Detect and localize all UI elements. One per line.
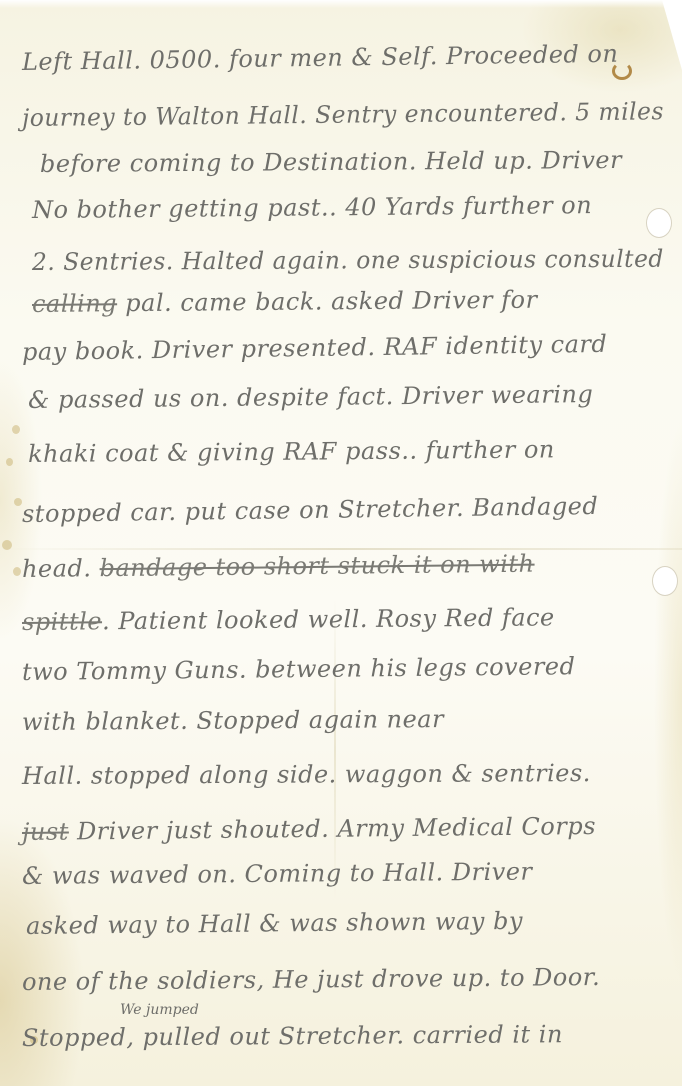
text-segment: 2. Sentries. Halted again. one suspiciou… bbox=[32, 245, 664, 276]
text-line: khaki coat & giving RAF pass.. further o… bbox=[28, 435, 555, 468]
text-line: & passed us on. despite fact. Driver wea… bbox=[28, 380, 594, 414]
text-segment: khaki coat & giving RAF pass.. further o… bbox=[28, 435, 555, 468]
text-segment: Stopped, pulled out Stretcher. carried i… bbox=[22, 1020, 563, 1052]
text-line: just Driver just shouted. Army Medical C… bbox=[22, 812, 596, 846]
text-segment: & was waved on. Coming to Hall. Driver bbox=[22, 858, 533, 890]
struck-text: just bbox=[22, 818, 69, 846]
text-segment: Driver just shouted. Army Medical Corps bbox=[69, 812, 596, 846]
text-line: stopped car. put case on Stretcher. Band… bbox=[22, 492, 599, 528]
text-line: 2. Sentries. Halted again. one suspiciou… bbox=[32, 245, 664, 276]
text-segment: . Patient looked well. Rosy Red face bbox=[102, 603, 555, 635]
text-segment: head. bbox=[22, 554, 100, 583]
text-segment: Hall. stopped along side. waggon & sentr… bbox=[22, 759, 591, 790]
text-line: Hall. stopped along side. waggon & sentr… bbox=[22, 759, 591, 790]
text-segment: pay book. Driver presented. RAF identity… bbox=[22, 330, 608, 366]
document-page: Left Hall. 0500. four men & Self. Procee… bbox=[0, 0, 682, 1086]
text-line: & was waved on. Coming to Hall. Driver bbox=[22, 858, 533, 890]
text-segment: asked way to Hall & was shown way by bbox=[26, 907, 523, 940]
text-segment: stopped car. put case on Stretcher. Band… bbox=[22, 492, 599, 528]
text-segment: Left Hall. 0500. four men & Self. Procee… bbox=[22, 40, 619, 76]
text-line: Stopped, pulled out Stretcher. carried i… bbox=[22, 1020, 563, 1052]
text-line: journey to Walton Hall. Sentry encounter… bbox=[22, 97, 664, 132]
text-segment: & passed us on. despite fact. Driver wea… bbox=[28, 380, 594, 414]
struck-text: spittle bbox=[22, 607, 102, 636]
text-segment: before coming to Destination. Held up. D… bbox=[40, 146, 622, 178]
text-line: two Tommy Guns. between his legs covered bbox=[22, 652, 576, 686]
text-segment: No bother getting past.. 40 Yards furthe… bbox=[32, 191, 592, 224]
text-segment: one of the soldiers, He just drove up. t… bbox=[22, 963, 600, 996]
text-segment: journey to Walton Hall. Sentry encounter… bbox=[22, 97, 664, 132]
struck-text: bandage too short stuck it on with bbox=[99, 550, 534, 583]
text-segment: two Tommy Guns. between his legs covered bbox=[22, 652, 576, 686]
text-segment: with blanket. Stopped again near bbox=[22, 705, 444, 736]
text-line: No bother getting past.. 40 Yards furthe… bbox=[32, 191, 592, 224]
inserted-text: We jumped bbox=[120, 1002, 199, 1018]
text-line: one of the soldiers, He just drove up. t… bbox=[22, 963, 600, 996]
text-line: before coming to Destination. Held up. D… bbox=[40, 146, 622, 178]
text-line: Left Hall. 0500. four men & Self. Procee… bbox=[22, 40, 619, 76]
text-segment: pal. came back. asked Driver for bbox=[117, 286, 538, 318]
text-line: calling pal. came back. asked Driver for bbox=[32, 286, 538, 318]
text-line: with blanket. Stopped again near bbox=[22, 705, 444, 736]
handwritten-text: Left Hall. 0500. four men & Self. Procee… bbox=[0, 0, 682, 1086]
struck-text: calling bbox=[32, 289, 117, 318]
text-line: spittle. Patient looked well. Rosy Red f… bbox=[22, 603, 555, 636]
text-line: head. bandage too short stuck it on with bbox=[22, 550, 535, 583]
text-line: pay book. Driver presented. RAF identity… bbox=[22, 330, 608, 366]
text-line: asked way to Hall & was shown way by bbox=[26, 907, 523, 940]
